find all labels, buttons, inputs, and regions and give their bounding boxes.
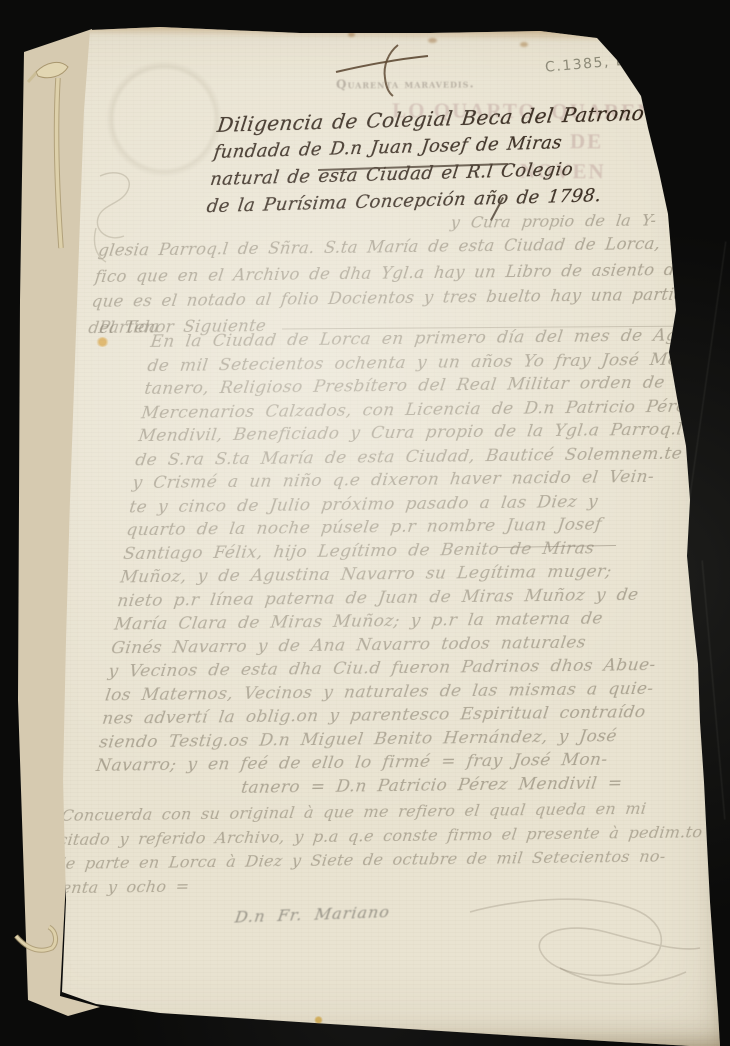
manuscript-page: Quarenta maravedis. LO QUARTO, QUAREN DE… (0, 0, 730, 1046)
edge-stain (520, 42, 528, 47)
closing-paragraph: Concuerda con su original à que me refie… (51, 796, 707, 900)
archive-reference-pencil: C.1385, D.17 (545, 50, 656, 76)
stamp-motto-text: Quarenta maravedis. (336, 77, 475, 92)
partida-record: En la Ciudad de Lorca en primero día del… (92, 324, 717, 802)
archival-photo: Quarenta maravedis. LO QUARTO, QUAREN DE… (0, 0, 730, 1046)
certification-fragment: y Cura propio de la Y- (450, 210, 658, 232)
embossed-seal-stamp (100, 55, 228, 183)
signature-text: D.n Fr. Mariano (234, 902, 392, 927)
background-scratch (701, 560, 727, 819)
foxing-spot (314, 1016, 323, 1024)
top-edge-browning (86, 21, 608, 42)
certification-paragraph: glesia Parroq.l de Sñra. S.ta María de e… (87, 230, 730, 340)
title-note: Diligencia de Colegial Beca del Patrono … (205, 100, 646, 220)
